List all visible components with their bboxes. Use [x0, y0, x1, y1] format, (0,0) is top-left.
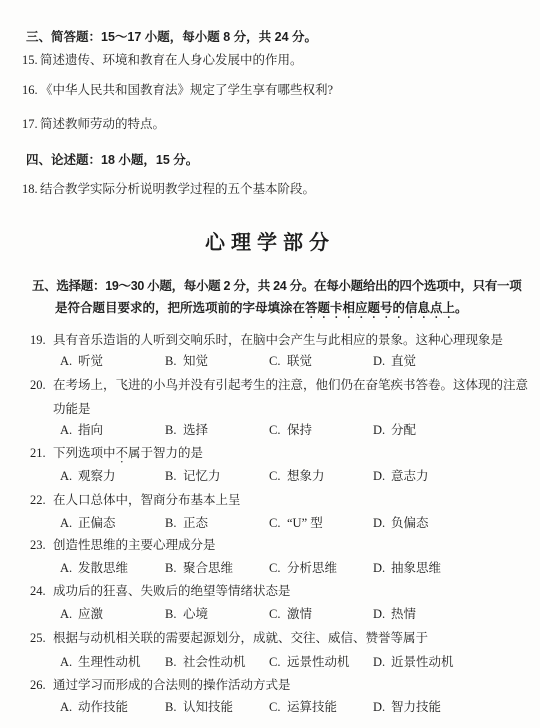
question-22-text: 在人口总体中，智商分布基本上呈 — [53, 493, 241, 507]
option-21-A: A.观察力 — [60, 469, 116, 484]
question-25-options: A.生理性动机 B.社会性动机 C.远景性动机 D.近景性动机 — [0, 655, 540, 671]
option-26-B-label: B. — [165, 700, 183, 715]
question-21-options: A.观察力 B.记忆力 C.想象力 D.意志力 — [0, 469, 540, 485]
question-22-options: A.正偏态 B.正态 C.“U” 型 D.负偏态 — [0, 516, 540, 532]
question-20-number: 20. — [30, 378, 53, 393]
option-22-A-text: 正偏态 — [78, 516, 116, 530]
question-20-text-line2: 功能是 — [53, 402, 91, 417]
question-19-text: 具有音乐造诣的人听到交响乐时，在脑中会产生与此相应的景象。这种心理现象是 — [53, 333, 503, 347]
option-26-B: B.认知技能 — [165, 700, 233, 715]
option-26-A-text: 动作技能 — [78, 700, 128, 714]
option-22-A: A.正偏态 — [60, 516, 116, 531]
option-19-B: B.知觉 — [165, 354, 208, 369]
option-24-B: B.心境 — [165, 607, 208, 622]
option-23-B-label: B. — [165, 561, 183, 576]
question-17: 17.简述教师劳动的特点。 — [22, 117, 165, 132]
option-19-A-text: 听觉 — [78, 354, 103, 368]
option-21-B: B.记忆力 — [165, 469, 221, 484]
option-25-A-text: 生理性动机 — [78, 655, 141, 669]
question-23: 23.创造性思维的主要心理成分是 — [30, 538, 216, 553]
question-22-number: 22. — [30, 493, 53, 508]
question-26-text: 通过学习而形成的合法则的操作活动方式是 — [53, 678, 291, 692]
option-22-B: B.正态 — [165, 516, 208, 531]
option-26-C-label: C. — [269, 700, 287, 715]
question-20: 20.在考场上，飞进的小鸟并没有引起考生的注意，他们仍在奋笔疾书答卷。这体现的注… — [30, 378, 528, 393]
option-19-A-label: A. — [60, 354, 78, 369]
option-22-C-text: “U” 型 — [287, 516, 323, 530]
section-essay-header: 四、论述题：18 小题，15 分。 — [26, 153, 198, 168]
option-22-D: D.负偏态 — [373, 516, 429, 531]
question-21-text-emphasized: 不 — [116, 446, 129, 460]
question-24-options: A.应激 B.心境 C.激情 D.热情 — [0, 607, 540, 623]
question-15-number: 15. — [22, 53, 40, 68]
option-26-B-text: 认知技能 — [183, 700, 233, 714]
option-26-C-text: 运算技能 — [287, 700, 337, 714]
section-mcq-header-line2: 是符合题目要求的，把所选项前的字母填涂在答题卡相应题号的信息点上。 — [55, 301, 468, 321]
option-21-A-text: 观察力 — [78, 469, 116, 483]
option-19-C-text: 联觉 — [287, 354, 312, 368]
option-25-B-text: 社会性动机 — [183, 655, 246, 669]
option-20-A: A.指向 — [60, 423, 103, 438]
option-20-D: D.分配 — [373, 423, 416, 438]
option-25-C: C.远景性动机 — [269, 655, 350, 670]
option-19-D-label: D. — [373, 354, 391, 369]
question-21-text-suffix: 属于智力的是 — [128, 446, 203, 460]
option-24-D: D.热情 — [373, 607, 416, 622]
option-21-A-label: A. — [60, 469, 78, 484]
option-26-D-text: 智力技能 — [391, 700, 441, 714]
option-24-D-text: 热情 — [391, 607, 416, 621]
option-22-B-text: 正态 — [183, 516, 208, 530]
option-20-B-label: B. — [165, 423, 183, 438]
option-23-D-text: 抽象思维 — [391, 561, 441, 575]
option-24-B-label: B. — [165, 607, 183, 622]
question-23-number: 23. — [30, 538, 53, 553]
question-16-number: 16. — [22, 83, 40, 98]
option-21-B-label: B. — [165, 469, 183, 484]
question-24-number: 24. — [30, 584, 53, 599]
question-26: 26.通过学习而形成的合法则的操作活动方式是 — [30, 678, 291, 693]
option-20-D-text: 分配 — [391, 423, 416, 437]
question-15-text: 简述遗传、环境和教育在人身心发展中的作用。 — [40, 53, 303, 67]
option-24-C: C.激情 — [269, 607, 312, 622]
option-21-D: D.意志力 — [373, 469, 429, 484]
option-22-C: C.“U” 型 — [269, 516, 323, 531]
option-20-B: B.选择 — [165, 423, 208, 438]
option-23-A-text: 发散思维 — [78, 561, 128, 575]
question-17-number: 17. — [22, 117, 40, 132]
option-23-C-label: C. — [269, 561, 287, 576]
option-21-D-label: D. — [373, 469, 391, 484]
option-26-D: D.智力技能 — [373, 700, 441, 715]
question-21-text-prefix: 下列选项中 — [53, 446, 116, 460]
question-25-text: 根据与动机相关联的需要起源划分，成就、交往、威信、赞誉等属于 — [53, 631, 428, 645]
option-20-C-text: 保持 — [287, 423, 312, 437]
option-25-A-label: A. — [60, 655, 78, 670]
question-23-options: A.发散思维 B.聚合思维 C.分析思维 D.抽象思维 — [0, 561, 540, 577]
option-26-C: C.运算技能 — [269, 700, 337, 715]
question-20-text-line1: 在考场上，飞进的小鸟并没有引起考生的注意，他们仍在奋笔疾书答卷。这体现的注意 — [53, 378, 528, 392]
question-24-text: 成功后的狂喜、失败后的绝望等情绪状态是 — [53, 584, 291, 598]
option-25-A: A.生理性动机 — [60, 655, 141, 670]
option-20-B-text: 选择 — [183, 423, 208, 437]
question-17-text: 简述教师劳动的特点。 — [40, 117, 165, 131]
option-21-D-text: 意志力 — [391, 469, 429, 483]
option-23-D-label: D. — [373, 561, 391, 576]
option-20-C-label: C. — [269, 423, 287, 438]
question-18-text: 结合教学实际分析说明教学过程的五个基本阶段。 — [40, 182, 315, 196]
exam-paper-scan: 三、简答题：15～17 小题，每小题 8 分，共 24 分。 15.简述遗传、环… — [0, 0, 540, 728]
question-19: 19.具有音乐造诣的人听到交响乐时，在脑中会产生与此相应的景象。这种心理现象是 — [30, 333, 503, 348]
question-25: 25.根据与动机相关联的需要起源划分，成就、交往、威信、赞誉等属于 — [30, 631, 428, 646]
option-26-D-label: D. — [373, 700, 391, 715]
option-23-C-text: 分析思维 — [287, 561, 337, 575]
option-25-C-text: 远景性动机 — [287, 655, 350, 669]
option-22-D-text: 负偏态 — [391, 516, 429, 530]
question-21-number: 21. — [30, 446, 53, 461]
option-24-A: A.应激 — [60, 607, 103, 622]
option-24-A-label: A. — [60, 607, 78, 622]
option-22-B-label: B. — [165, 516, 183, 531]
option-23-A: A.发散思维 — [60, 561, 128, 576]
mcq-header-line2-emphasized: 答题卡相应题号的信息点上 — [305, 301, 455, 315]
question-22: 22.在人口总体中，智商分布基本上呈 — [30, 493, 241, 508]
option-25-D-text: 近景性动机 — [391, 655, 454, 669]
mcq-header-line2-prefix: 是符合题目要求的，把所选项前的字母填涂在 — [55, 301, 305, 315]
option-19-C: C.联觉 — [269, 354, 312, 369]
option-19-D: D.直觉 — [373, 354, 416, 369]
question-18: 18.结合教学实际分析说明教学过程的五个基本阶段。 — [22, 182, 315, 197]
option-24-D-label: D. — [373, 607, 391, 622]
option-19-D-text: 直觉 — [391, 354, 416, 368]
option-20-A-label: A. — [60, 423, 78, 438]
option-20-C: C.保持 — [269, 423, 312, 438]
option-22-D-label: D. — [373, 516, 391, 531]
option-25-C-label: C. — [269, 655, 287, 670]
question-15: 15.简述遗传、环境和教育在人身心发展中的作用。 — [22, 53, 303, 68]
option-21-C: C.想象力 — [269, 469, 325, 484]
question-19-options: A.听觉 B.知觉 C.联觉 D.直觉 — [0, 354, 540, 370]
option-23-C: C.分析思维 — [269, 561, 337, 576]
option-19-B-text: 知觉 — [183, 354, 208, 368]
option-24-A-text: 应激 — [78, 607, 103, 621]
option-21-C-label: C. — [269, 469, 287, 484]
mcq-header-line2-suffix: 。 — [455, 301, 468, 315]
option-24-B-text: 心境 — [183, 607, 208, 621]
option-25-B: B.社会性动机 — [165, 655, 246, 670]
option-19-C-label: C. — [269, 354, 287, 369]
option-23-A-label: A. — [60, 561, 78, 576]
question-23-text: 创造性思维的主要心理成分是 — [53, 538, 216, 552]
option-19-B-label: B. — [165, 354, 183, 369]
question-26-number: 26. — [30, 678, 53, 693]
question-25-number: 25. — [30, 631, 53, 646]
question-16: 16.《中华人民共和国教育法》规定了学生享有哪些权利? — [22, 83, 333, 98]
option-23-B: B.聚合思维 — [165, 561, 233, 576]
question-24: 24.成功后的狂喜、失败后的绝望等情绪状态是 — [30, 584, 291, 599]
part-title-psychology: 心理学部分 — [0, 226, 540, 255]
option-25-B-label: B. — [165, 655, 183, 670]
option-26-A: A.动作技能 — [60, 700, 128, 715]
option-20-A-text: 指向 — [78, 423, 103, 437]
option-22-C-label: C. — [269, 516, 287, 531]
option-21-C-text: 想象力 — [287, 469, 325, 483]
option-22-A-label: A. — [60, 516, 78, 531]
option-21-B-text: 记忆力 — [183, 469, 221, 483]
option-24-C-label: C. — [269, 607, 287, 622]
option-19-A: A.听觉 — [60, 354, 103, 369]
question-20-options: A.指向 B.选择 C.保持 D.分配 — [0, 423, 540, 439]
section-short-answer-header: 三、简答题：15～17 小题，每小题 8 分，共 24 分。 — [26, 30, 317, 45]
section-mcq-header-line1: 五、选择题：19～30 小题，每小题 2 分，共 24 分。在每小题给出的四个选… — [32, 279, 521, 294]
question-21: 21.下列选项中不属于智力的是 — [30, 446, 203, 466]
question-26-options: A.动作技能 B.认知技能 C.运算技能 D.智力技能 — [0, 700, 540, 716]
question-19-number: 19. — [30, 333, 53, 348]
option-20-D-label: D. — [373, 423, 391, 438]
question-18-number: 18. — [22, 182, 40, 197]
option-23-B-text: 聚合思维 — [183, 561, 233, 575]
option-25-D: D.近景性动机 — [373, 655, 454, 670]
question-16-text: 《中华人民共和国教育法》规定了学生享有哪些权利? — [40, 83, 333, 97]
option-24-C-text: 激情 — [287, 607, 312, 621]
option-25-D-label: D. — [373, 655, 391, 670]
option-23-D: D.抽象思维 — [373, 561, 441, 576]
option-26-A-label: A. — [60, 700, 78, 715]
